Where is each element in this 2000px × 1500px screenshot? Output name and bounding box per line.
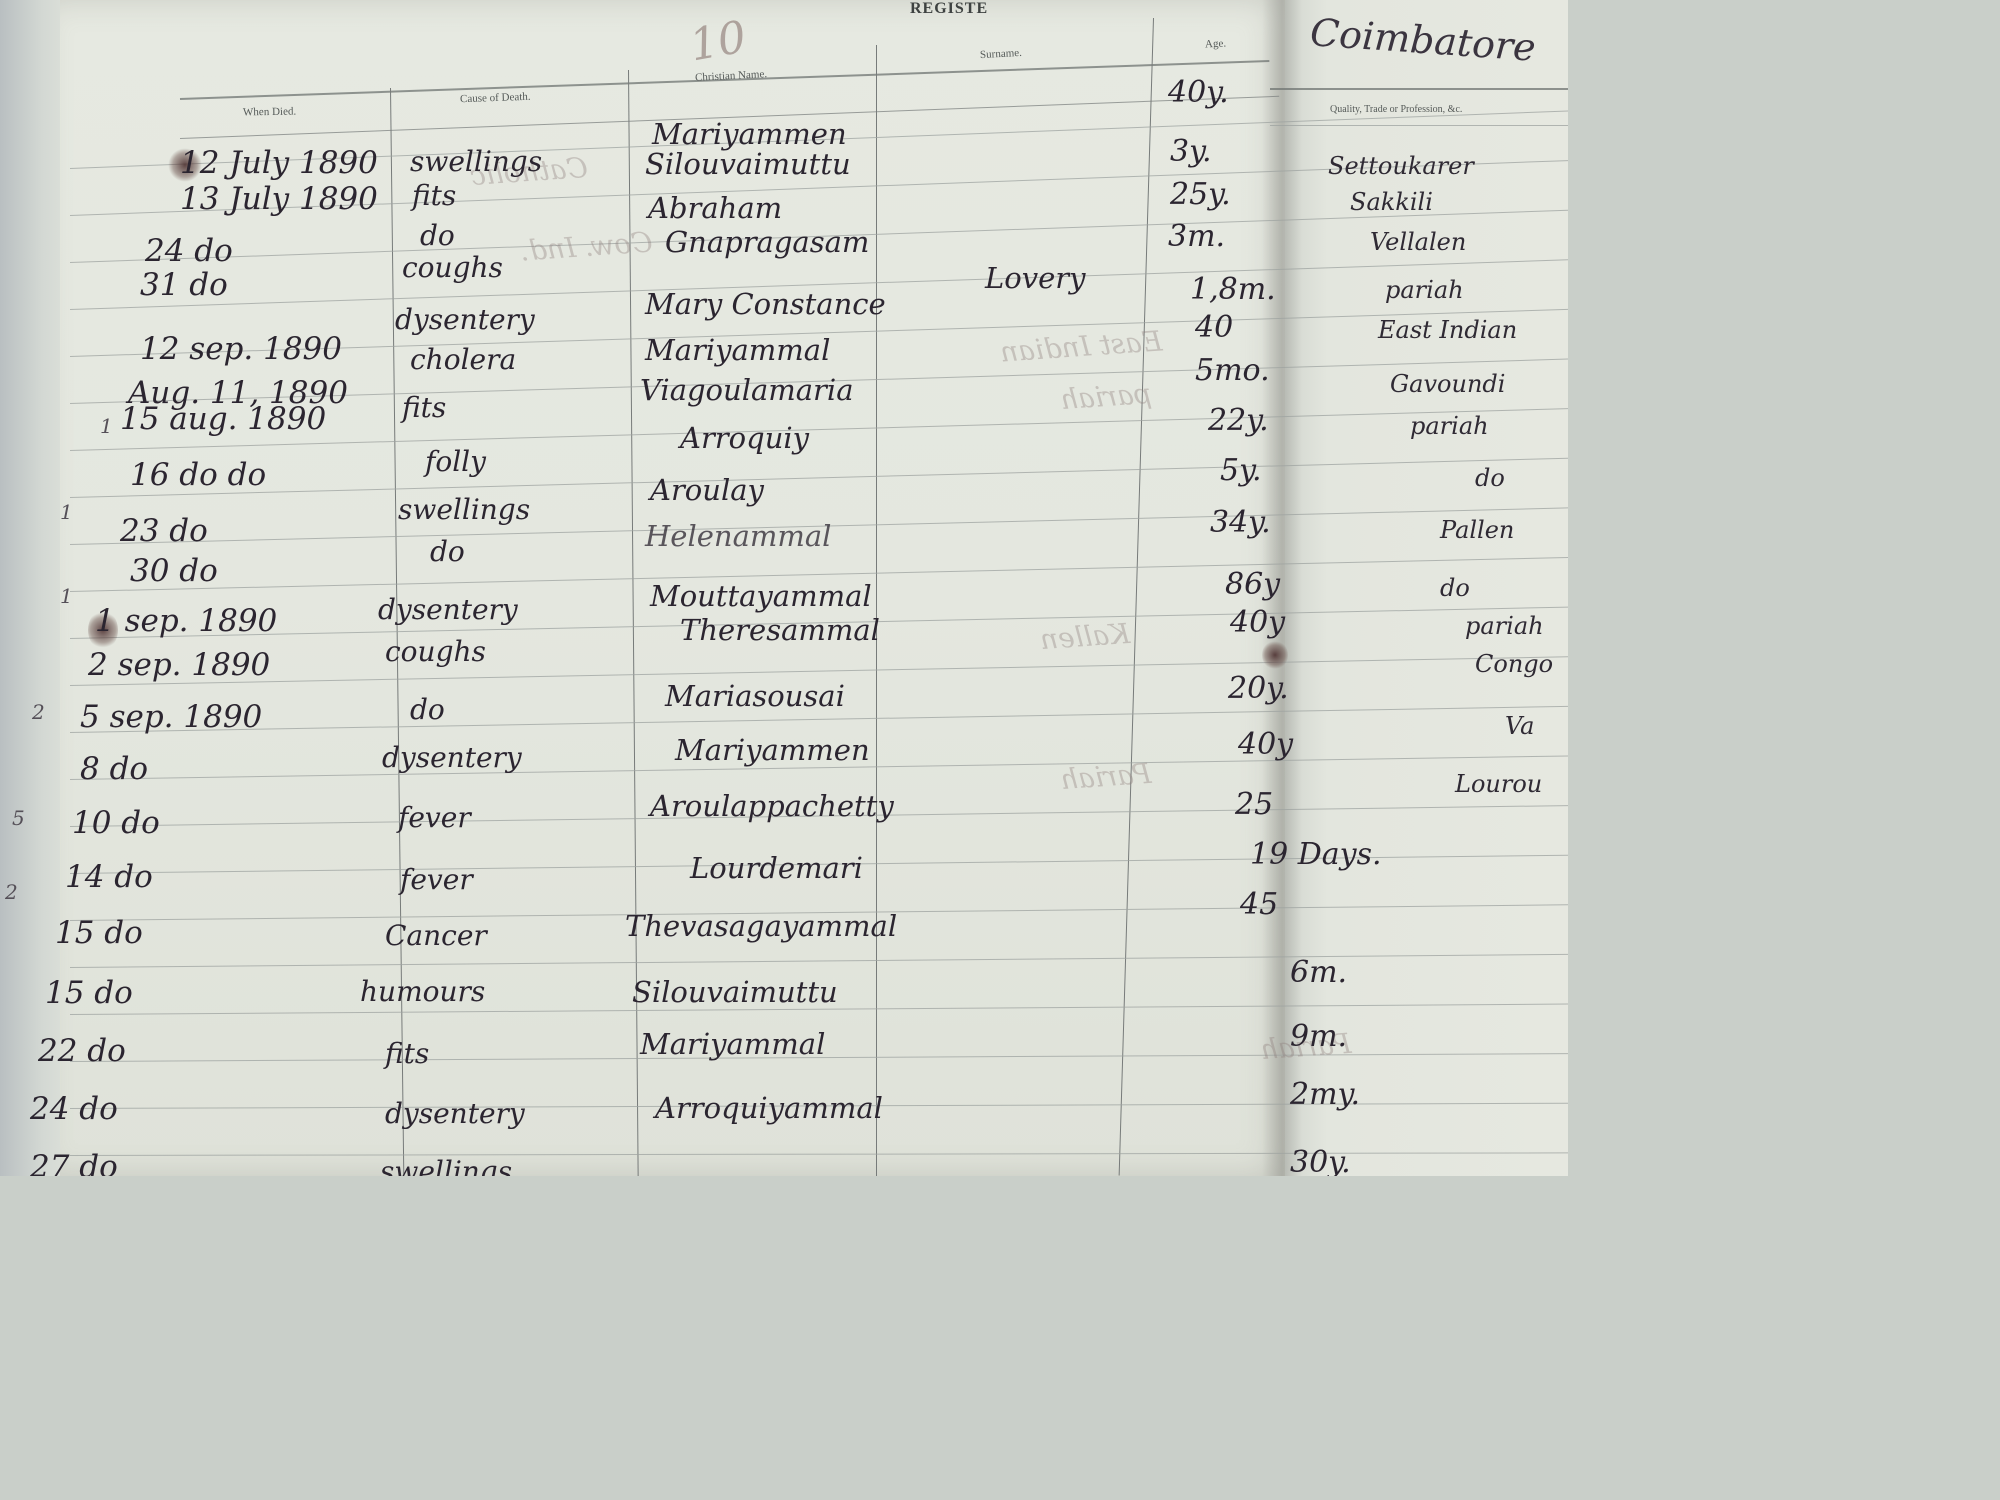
entry-age: 34y. <box>1210 508 1271 538</box>
register-entry: 27 do swellings 30y. <box>0 1150 1568 1176</box>
entry-age: 2my. <box>1290 1080 1360 1110</box>
entry-age: 22y. <box>1208 406 1269 436</box>
entry-trade: pariah <box>1385 278 1464 302</box>
entry-cause: coughs <box>402 254 503 282</box>
entry-christian-name: Gnapragasam <box>665 228 869 257</box>
entry-cause: fever <box>400 866 473 894</box>
entry-margin-note: 1 <box>100 416 113 436</box>
folio-mark: 10 <box>686 12 750 72</box>
entry-trade: Va <box>1505 714 1534 738</box>
facing-header-rule-2 <box>1270 125 1568 126</box>
entry-age: 19 Days. <box>1250 840 1382 870</box>
entry-age: 5mo. <box>1195 356 1270 386</box>
entry-christian-name: Mariasousai <box>665 682 845 711</box>
entry-date: 1 sep. 1890 <box>95 606 277 637</box>
entry-date: 12 sep. 1890 <box>140 334 342 365</box>
column-header-cause-of-death: Cause of Death. <box>460 91 531 105</box>
column-header-quality: Quality, Trade or Profession, &c. <box>1330 104 1462 115</box>
facing-header-rule <box>1270 88 1568 90</box>
entry-trade: Congo <box>1475 652 1553 676</box>
column-header-when-died: When Died. <box>243 106 296 119</box>
entry-trade: do <box>1440 576 1470 600</box>
entry-date: 24 do <box>145 236 233 267</box>
entry-cause: Cancer <box>385 922 487 950</box>
entry-date: 15 do <box>55 918 143 949</box>
entry-trade: Vellalen <box>1370 230 1466 254</box>
entry-cause: dysentery <box>382 744 522 772</box>
entry-date: 2 sep. 1890 <box>88 650 270 681</box>
entry-margin-note: 1 <box>60 502 73 522</box>
entry-christian-name: Arroquiyammal <box>655 1094 883 1123</box>
entry-age: 6m. <box>1290 958 1347 988</box>
entry-cause: dysentery <box>378 596 518 624</box>
entry-christian-name: Mariyammen <box>675 736 870 765</box>
entry-cause: swellings <box>398 496 530 524</box>
register-entry: 16 do do folly Arroquiy 22y. pariah <box>0 470 1568 516</box>
entry-date: 30 do <box>130 556 218 587</box>
register-entry: 22 do fits Mariyammal 9m. <box>0 1036 1568 1082</box>
entry-age: 9m. <box>1290 1022 1347 1052</box>
entry-trade: pariah <box>1410 414 1489 438</box>
entry-date: 15 aug. 1890 <box>120 404 326 435</box>
register-entry: 24 do dysentery Arroquiyammal 2my. <box>0 1094 1568 1140</box>
entry-date: 22 do <box>38 1036 126 1067</box>
entry-christian-name: Silouvaimuttu <box>645 150 851 179</box>
entry-age: 45 <box>1240 890 1278 920</box>
entry-date: 15 do <box>45 978 133 1009</box>
entry-trade: Gavoundi <box>1390 372 1505 396</box>
register-entry: 2 14 do fever Lourdemari 19 Days. <box>0 862 1568 908</box>
entry-date: 5 sep. 1890 <box>80 702 262 733</box>
entry-trade: East Indian <box>1378 318 1517 342</box>
entry-cause: fits <box>402 394 446 422</box>
entry-christian-name: Abraham <box>648 194 782 223</box>
entry-cause: do <box>420 222 455 250</box>
entry-trade: Lourou <box>1455 772 1542 796</box>
entry-trade: Sakkili <box>1350 190 1433 214</box>
entry-age: 25y. <box>1170 180 1231 210</box>
entry-trade: Pallen <box>1440 518 1514 542</box>
entry-date: 10 do <box>72 808 160 839</box>
entry-date: 31 do <box>140 270 228 301</box>
entry-margin-note: 2 <box>32 702 45 722</box>
entry-trade: pariah <box>1465 614 1544 638</box>
entry-date: 23 do <box>120 516 208 547</box>
entry-christian-name: Arroquiy <box>680 424 809 453</box>
entry-age: 5y. <box>1220 456 1262 486</box>
entry-date: 16 do do <box>130 460 266 491</box>
entry-age: 40y. <box>1168 78 1229 108</box>
entry-cause: swellings <box>380 1158 512 1176</box>
entry-christian-name: Aroulappachetty <box>650 792 894 821</box>
entry-surname: Lovery <box>985 264 1086 293</box>
entry-margin-note: 5 <box>12 808 25 828</box>
entry-cause: dysentery <box>385 1100 525 1128</box>
entry-age: 25 <box>1235 790 1273 820</box>
entry-cause: humours <box>360 978 485 1006</box>
entry-date: 24 do <box>30 1094 118 1125</box>
entry-christian-name: Mariyammal <box>645 336 830 365</box>
entry-christian-name: Aroulay <box>650 476 764 505</box>
entry-trade: do <box>1475 466 1505 490</box>
entry-cause: dysentery <box>395 306 535 334</box>
register-entry: 15 do humours Silouvaimuttu 6m. <box>0 978 1568 1024</box>
entry-margin-note: 2 <box>5 882 18 902</box>
entry-christian-name: Helenammal <box>645 522 831 551</box>
entry-cause: swellings <box>410 148 542 176</box>
entry-date: 8 do <box>80 754 148 785</box>
entry-age: 20y. <box>1228 674 1289 704</box>
entry-age: 30y. <box>1290 1148 1351 1176</box>
entry-christian-name: Silouvaimuttu <box>632 978 838 1007</box>
entry-age: 3y. <box>1170 137 1212 167</box>
entry-date: 14 do <box>65 862 153 893</box>
column-header-surname: Surname. <box>980 47 1022 61</box>
entry-cause: do <box>430 538 465 566</box>
entry-age: 86y <box>1225 570 1280 600</box>
entry-cause: fits <box>385 1040 429 1068</box>
entry-margin-note: 1 <box>60 586 73 606</box>
entry-christian-name: Thevasagayammal <box>625 912 897 941</box>
entry-christian-name: Mariyammen <box>652 120 847 149</box>
entry-cause: cholera <box>410 346 516 374</box>
entry-christian-name: Theresammal <box>680 616 880 645</box>
entry-trade: Settoukarer <box>1328 154 1474 178</box>
entry-christian-name: Lourdemari <box>690 854 863 883</box>
entry-date: 12 July 1890 <box>180 148 378 179</box>
register-title: REGISTE <box>910 0 988 18</box>
entry-date: 13 July 1890 <box>180 184 378 215</box>
column-header-age: Age. <box>1205 37 1227 50</box>
entry-cause: fever <box>398 804 471 832</box>
entry-age: 40y <box>1238 730 1293 760</box>
entry-christian-name: Mouttayammal <box>650 582 872 611</box>
entry-christian-name: Mariyammal <box>640 1030 825 1059</box>
entry-age: 40 <box>1195 313 1233 343</box>
entry-date: 27 do <box>30 1152 118 1176</box>
entry-cause: folly <box>425 448 486 476</box>
entry-cause: fits <box>412 182 456 210</box>
entry-age: 1,8m. <box>1190 275 1276 305</box>
entry-age: 3m. <box>1168 222 1225 252</box>
entry-age: 40y <box>1230 608 1285 638</box>
entry-cause: coughs <box>385 638 486 666</box>
entry-christian-name: Mary Constance <box>645 290 886 319</box>
entry-cause: do <box>410 696 445 724</box>
entry-christian-name: Viagoulamaria <box>640 376 853 405</box>
